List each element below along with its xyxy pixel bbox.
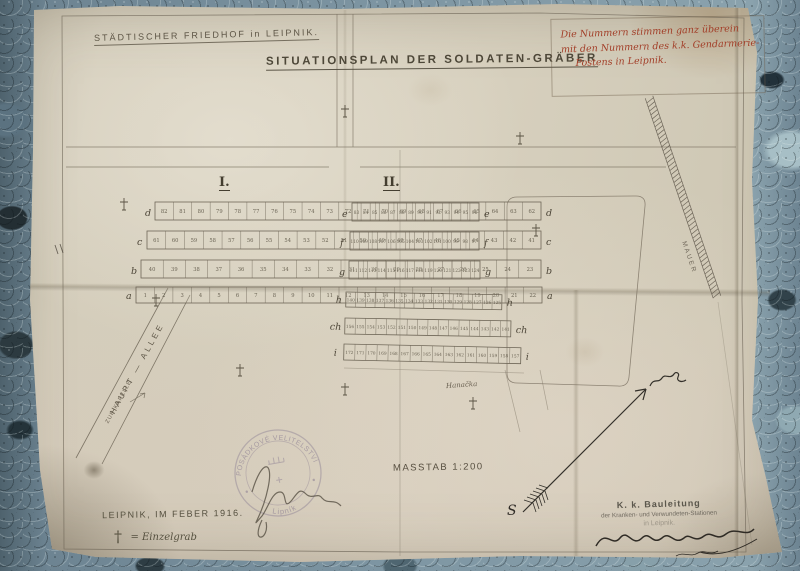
grave-number: 105 <box>397 240 405 245</box>
grave-number: 94 <box>454 211 460 216</box>
grave-number: 141 <box>501 328 510 333</box>
grave-number: 64 <box>492 209 499 215</box>
grave-cross-icon <box>341 383 349 395</box>
stamp-arc-top-text: POSÁDKOVÉ VELITELSTVÍ <box>230 426 321 478</box>
grave-number: 80 <box>198 209 205 215</box>
grave-number: 87 <box>390 211 396 216</box>
grave-number: 146 <box>450 327 459 332</box>
grave-number: 98 <box>462 240 468 245</box>
grave-number: 111 <box>350 269 358 274</box>
grave-number: 126 <box>483 301 492 306</box>
row-label-left: c <box>137 237 143 248</box>
single-grave-cross-icon: † <box>114 527 122 546</box>
grave-row: 110109108107106105104103102101100999897f… <box>339 232 489 250</box>
group-marker-1: I. <box>219 176 230 191</box>
grave-number: 52 <box>322 238 329 244</box>
grave-number: 103 <box>415 240 423 245</box>
grave-number: 83 <box>354 211 360 216</box>
stamp-emblem-icon <box>267 456 287 484</box>
grave-number: 92 <box>435 211 441 216</box>
grave-number: 1 <box>144 293 147 299</box>
grave-number: 163 <box>445 353 454 358</box>
grave-row: 8384858687888990919293949596ee <box>342 203 490 221</box>
grave-number: 59 <box>191 238 198 244</box>
grave-number: 158 <box>500 354 509 359</box>
grave-number: 74 <box>308 209 315 215</box>
grave-number: 110 <box>351 240 359 245</box>
grave-number: 22 <box>529 293 536 299</box>
row-label-left: g <box>339 267 345 278</box>
grave-row: 1401391381371361351341331321311301291281… <box>336 292 513 310</box>
grave-number: 9 <box>291 293 294 299</box>
grave-row: 1561551541531521511501491481471461451441… <box>330 318 528 337</box>
grave-number: 128 <box>464 300 473 305</box>
grave-number: 85 <box>372 211 378 216</box>
grave-number: 34 <box>282 267 289 273</box>
grave-number: 97 <box>472 240 478 245</box>
grave-number: 157 <box>511 354 520 359</box>
signature-center <box>252 467 341 537</box>
grave-number: 57 <box>228 238 235 244</box>
grave-number: 145 <box>460 327 469 332</box>
grave-number: 36 <box>238 267 245 273</box>
grave-number: 54 <box>284 238 291 244</box>
grave-number: 140 <box>347 298 356 303</box>
grave-number: 142 <box>491 327 500 332</box>
grave-number: 32 <box>327 267 334 273</box>
legend-text: = Einzelgrab <box>130 532 196 543</box>
grave-number: 23 <box>527 267 534 273</box>
grave-number: 24 <box>504 267 511 273</box>
grave-number: 78 <box>234 209 241 215</box>
grave-number: 106 <box>387 240 395 245</box>
grave-number: 60 <box>172 238 179 244</box>
grave-number: 10 <box>308 293 315 299</box>
grave-cross-icon <box>341 105 349 117</box>
grave-number: 153 <box>377 325 386 330</box>
grave-number: 162 <box>456 353 465 358</box>
grave-number: 63 <box>510 209 517 215</box>
grave-number: 3 <box>180 293 183 299</box>
group-marker-2: II. <box>383 176 400 191</box>
grave-number: 61 <box>153 238 160 244</box>
grave-number: 41 <box>528 238 535 244</box>
grave-number: 149 <box>418 326 427 331</box>
grave-number: 143 <box>481 327 490 332</box>
grave-row: 1111121131141151161171181191201211221231… <box>339 261 491 279</box>
grave-number: 82 <box>161 209 168 215</box>
grave-number: 76 <box>271 209 278 215</box>
grave-number: 58 <box>209 238 216 244</box>
grave-number: 150 <box>408 326 417 331</box>
grave-number: 166 <box>412 352 421 357</box>
grave-row: 1721711701691681671661651641631621611601… <box>334 344 529 364</box>
grave-number: 156 <box>346 325 355 330</box>
grave-number: 131 <box>434 300 443 305</box>
row-label-left: a <box>126 291 132 302</box>
grave-number: 35 <box>260 267 267 273</box>
row-label-right: c <box>546 237 552 248</box>
grave-number: 77 <box>253 209 260 215</box>
grave-number: 172 <box>345 351 354 356</box>
compass-south-label: S <box>507 503 517 519</box>
grave-number: 134 <box>405 299 414 304</box>
grave-number: 86 <box>381 211 387 216</box>
grave-number: 117 <box>406 269 414 274</box>
grave-number: 5 <box>217 293 220 299</box>
grave-number: 161 <box>467 353 476 358</box>
row-label-left: d <box>145 208 151 219</box>
grave-number: 96 <box>472 211 478 216</box>
grave-number: 167 <box>400 352 409 357</box>
grave-number: 152 <box>387 326 396 331</box>
grave-number: 127 <box>473 301 482 306</box>
grave-number: 112 <box>359 269 367 274</box>
grave-number: 79 <box>216 209 223 215</box>
wall-hatched-band <box>645 96 721 299</box>
grave-cross-icon <box>469 397 477 409</box>
grave-number: 55 <box>266 238 273 244</box>
row-label-right: i <box>526 352 529 363</box>
grave-number: 116 <box>396 269 404 274</box>
grave-number: 124 <box>471 269 479 274</box>
row-label-right: b <box>546 266 552 277</box>
grave-number: 138 <box>366 299 375 304</box>
grave-number: 114 <box>378 269 386 274</box>
grave-number: 107 <box>378 240 386 245</box>
grave-number: 56 <box>247 238 254 244</box>
grave-number: 139 <box>356 299 365 304</box>
grave-number: 137 <box>376 299 385 304</box>
row-label-right: a <box>547 291 553 302</box>
grave-number: 75 <box>290 209 297 215</box>
grave-crosses <box>120 105 540 409</box>
grave-number: 171 <box>356 351 365 356</box>
scale-label: MASSTAB 1:200 <box>393 461 484 474</box>
grave-number: 62 <box>529 209 536 215</box>
row-label-right: ch <box>516 325 528 336</box>
grave-number: 151 <box>398 326 407 331</box>
grave-number: 121 <box>443 269 451 274</box>
grave-number: 136 <box>386 299 395 304</box>
grave-number: 125 <box>493 301 502 306</box>
grave-row: 8281807978777675747372717069686766656463… <box>145 202 552 220</box>
grave-number: 159 <box>489 354 498 359</box>
compass-arrow <box>523 373 686 512</box>
grave-number: 7 <box>254 293 257 299</box>
grave-number: 164 <box>434 353 443 358</box>
grave-number: 108 <box>369 240 377 245</box>
grave-number: 93 <box>445 211 451 216</box>
row-label-right: e <box>484 209 490 220</box>
grave-number: 6 <box>236 293 239 299</box>
grave-number: 42 <box>510 238 517 244</box>
grave-number: 90 <box>417 211 423 216</box>
office-stamp: K. k. Bauleitung der Kranken- und Verwun… <box>556 496 763 530</box>
grave-number: 120 <box>434 269 442 274</box>
grave-number: 40 <box>149 267 156 273</box>
grave-number: 122 <box>453 269 461 274</box>
grave-number: 160 <box>478 354 487 359</box>
grave-number: 38 <box>193 267 200 273</box>
grave-number: 104 <box>406 240 414 245</box>
grave-number: 2 <box>162 293 165 299</box>
photo-of-plan: 8281807978777675747372717069686766656463… <box>0 0 800 571</box>
grave-number: 84 <box>363 211 369 216</box>
grave-number: 133 <box>415 300 424 305</box>
grave-number: 115 <box>387 269 395 274</box>
grave-number: 102 <box>424 240 432 245</box>
grave-number: 170 <box>367 351 376 356</box>
legend: † = Einzelgrab <box>114 527 197 546</box>
row-label-left: h <box>336 295 342 306</box>
grave-number: 123 <box>462 269 470 274</box>
grave-cross-icon <box>236 364 244 376</box>
grave-number: 33 <box>304 267 311 273</box>
grave-number: 169 <box>378 352 387 357</box>
grave-number: 39 <box>171 267 178 273</box>
grave-number: 11 <box>326 293 333 299</box>
grave-number: 135 <box>395 299 404 304</box>
grave-number: 99 <box>453 240 459 245</box>
grave-number: 43 <box>491 238 498 244</box>
grave-number: 100 <box>443 240 451 245</box>
grave-number: 130 <box>444 300 453 305</box>
svg-text:POSÁDKOVÉ VELITELSTVÍ: POSÁDKOVÉ VELITELSTVÍ <box>230 426 321 478</box>
grave-number: 95 <box>463 211 469 216</box>
pen-mark <box>55 244 63 254</box>
grave-number: 165 <box>423 353 432 358</box>
grave-number: 147 <box>439 327 448 332</box>
grave-number: 81 <box>179 209 186 215</box>
grave-number: 109 <box>360 240 368 245</box>
grave-cross-icon <box>120 198 128 210</box>
grave-number: 88 <box>399 211 405 216</box>
grave-rows: 8281807978777675747372717069686766656463… <box>126 202 553 364</box>
row-label-left: ch <box>330 322 342 333</box>
grave-number: 53 <box>303 238 310 244</box>
grave-number: 155 <box>356 325 365 330</box>
grave-number: 119 <box>424 269 432 274</box>
grave-number: 37 <box>215 267 222 273</box>
red-annotation: Die Nummern stimmen ganz überein mit den… <box>560 22 761 73</box>
north-flourish <box>650 373 686 386</box>
grave-number: 73 <box>326 209 333 215</box>
row-label-right: h <box>507 298 513 309</box>
grave-number: 118 <box>415 269 423 274</box>
grave-number: 132 <box>425 300 434 305</box>
grave-number: 91 <box>426 211 432 216</box>
grave-number: 168 <box>389 352 398 357</box>
grave-number: 129 <box>454 300 463 305</box>
row-label-right: d <box>546 208 552 219</box>
grave-number: 144 <box>470 327 479 332</box>
grave-number: 154 <box>367 325 376 330</box>
grave-row: 6160595857565554535251504948474645444342… <box>137 231 552 249</box>
grave-number: 101 <box>433 240 441 245</box>
grave-number: 148 <box>429 326 438 331</box>
grave-number: 8 <box>273 293 276 299</box>
row-label-left: e <box>342 209 348 220</box>
grave-number: 113 <box>368 269 376 274</box>
row-label-right: g <box>485 267 491 278</box>
row-label-left: b <box>131 266 137 277</box>
row-label-left: i <box>334 348 337 359</box>
grave-cross-icon <box>516 132 524 144</box>
grave-number: 89 <box>408 211 414 216</box>
